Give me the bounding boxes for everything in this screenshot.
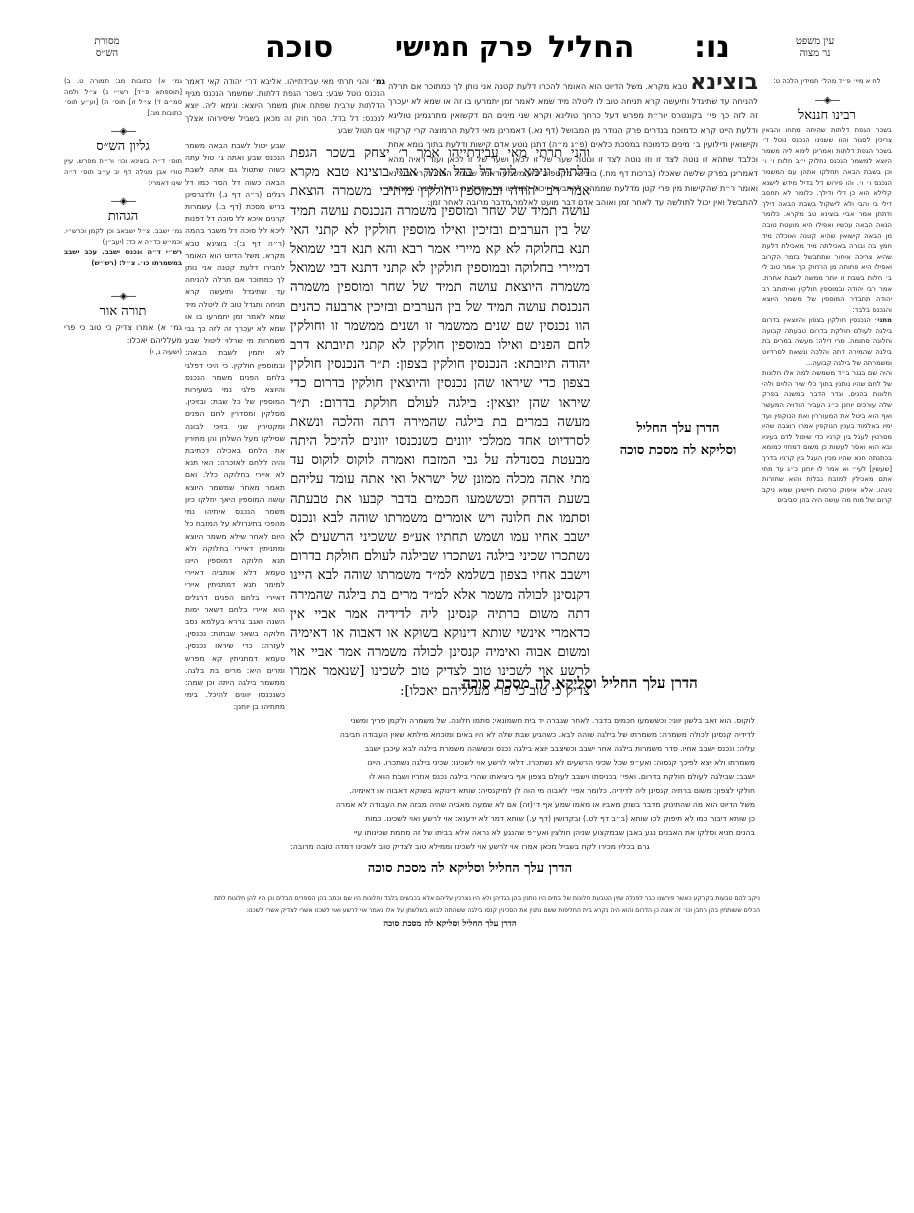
masoret-notes: גמ׳ א) כתובות מג: תמורה ט. ב) [תוספתא פ״… <box>64 76 182 118</box>
hadran-small-line2: וסליקא לה מסכת סוכה <box>598 440 758 462</box>
ner-mitzvah-text: נר מצוה <box>760 48 870 60</box>
ornament-divider: —◈— <box>64 196 182 208</box>
gemara-main-block: והני תרתי מאי עבידתייהו אמר ר׳ יצחק בשכר… <box>290 144 590 701</box>
hagahot-title: הגהות <box>64 208 182 226</box>
masoret-text: מסורת <box>82 36 132 48</box>
gemara-rashi-top-text: והני תרתי מאי עבידתייהו. אליבא דר׳ יהודה… <box>185 77 385 135</box>
bottom-rashi-block: לוקוס. הוא זאב בלשון יווני: וכששמעו חכמי… <box>185 714 755 854</box>
rabbeinu-chananel-text: בשכר הגפת דלתות שהיתה מתחו והבאין צריכין… <box>762 125 892 316</box>
torah-or-title: תורה אור <box>64 303 182 321</box>
bottom-rashi-line: משמרתו ולא יצא לפיכך קנסוה: ואע״פ שכל שכ… <box>185 756 755 770</box>
gemara-label: גמ׳ <box>372 77 385 86</box>
gilyon-text: תוס׳ ד״ה בוצינא וכו׳ ור״ת מפרש. עיין טור… <box>64 156 182 188</box>
rabbeinu-chananel-tail: והיה שם בנגר ב״ד משמשה למה אלו חלונות של… <box>762 368 892 506</box>
ein-mishpat-column: לח א מיי׳ פ״ד מהל׳ תמידין הלכה ט: —◈— רב… <box>762 76 892 506</box>
hadran-small-line1: הדרן עלך החליל <box>598 418 758 440</box>
bottom-rashi-line: ישבב: שבילגה לעולם חולקת בדרום. ואפי׳ בכ… <box>185 770 755 784</box>
hadran-main: הדרן עלך החליל וסליקא לה מסכת סוכה <box>400 672 760 694</box>
bottom-rashi-line: לוקוס. הוא זאב בלשון יווני: וכששמעו חכמי… <box>185 714 755 728</box>
gilyon-title: גליון הש״ס <box>64 138 182 156</box>
gemara-rashi-top-block: גמ׳ והני תרתי מאי עבידתייהו. אליבא דר׳ י… <box>185 76 385 137</box>
bottom-rashi-line: לדידיה קנסינן לכולה משמרה: משמרתו של ביל… <box>185 728 755 742</box>
hagahot-text: גמ׳ ישבב. צ״ל ישבאב וכן לקמן וכרש״י. וכמ… <box>64 226 182 247</box>
ein-mishpat-label: עין משפט נר מצוה <box>760 36 870 60</box>
tosafot-line: ניקב להם טבעות בקרקע כאשר פירשנו כבר לפנ… <box>40 893 760 905</box>
rabbeinu-chananel-title: רבינו חננאל <box>762 107 892 125</box>
gemara-text: והני תרתי מאי עבידתייהו אמר ר׳ יצחק בשכר… <box>290 144 590 701</box>
torah-or-text: גמ׳ א) אמרו צדיק כי טוב כי פרי מעלליהם י… <box>64 321 182 347</box>
footer-hadran: הדרן עלך החליל וסליקא לה מסכת סוכה <box>300 918 600 930</box>
hadran-small: הדרן עלך החליל וסליקא לה מסכת סוכה <box>598 418 758 462</box>
page-number: נו: <box>694 30 730 66</box>
ein-mishpat-note: לח א מיי׳ פ״ד מהל׳ תמידין הלכה ט: <box>762 76 892 87</box>
tractate-name: סוכה <box>265 30 333 66</box>
masoret-label: מסורת הש״ס <box>82 36 132 60</box>
hagahot-text-2: רש״י ד״ה ונכנס ישבב. עכב ישבב במשמרתו כו… <box>64 247 182 268</box>
mishnah-label: מתני׳ <box>874 316 892 324</box>
tosafot-footer: ניקב להם טבעות בקרקע כאשר פירשנו כבר לפנ… <box>40 893 760 917</box>
ornament-divider: —◈— <box>64 291 182 303</box>
bottom-hadran: הדרן עלך החליל וסליקא לה מסכת סוכה <box>185 860 755 878</box>
bottom-rashi-line: בהנים תניא וסלקו את האבנים נגע באבן שבמק… <box>185 826 755 840</box>
bottom-rashi-line: כן שותא דיבור כמו לא תיפוק לכו שותא (ב״ב… <box>185 812 755 826</box>
ornament-divider: —◈— <box>64 126 182 138</box>
ein-mishpat-text: עין משפט <box>760 36 870 48</box>
bottom-rashi-line: גרם בכליו מכירו לקח בשביל מכאן אמרו אוי … <box>185 840 755 854</box>
masoret-column: גמ׳ א) כתובות מג: תמורה ט. ב) [תוספתא פ״… <box>64 76 182 357</box>
ornament-divider: —◈— <box>762 95 892 107</box>
chapter-name: החליל <box>548 30 634 66</box>
tosafot-line: הכלים ששותחין בהן רחבן וכו׳ זה אצה כן הד… <box>40 905 760 917</box>
bottom-rashi-line: חולקי לצפון: משום ברתיה קנסינן ליה לדידי… <box>185 784 755 798</box>
mishnah-text: הנכנסין חולקין בצפון והיוצאין בדרום בילג… <box>762 316 892 366</box>
bottom-rashi-line: משל הדיוט הוא מה שהתינוק מדבר בשוק מאביו… <box>185 798 755 812</box>
torah-or-ref: (ישעיה ג, י) <box>64 347 182 358</box>
rashi-left-column: שבע יטול לשבת הבאה משמר הנכנס שבע ואתה ג… <box>185 140 285 714</box>
hashas-text: הש״ס <box>82 48 132 60</box>
chapter-number: פרק חמישי <box>395 30 533 66</box>
bottom-rashi-line: עליה: ונכנס ישבב אחיו. סדר משמרות בילגה … <box>185 742 755 756</box>
mishnah-lead-word: בוצינא <box>690 70 758 95</box>
rashi-left-text: שבע יטול לשבת הבאה משמר הנכנס שבע ואתה ג… <box>185 140 285 714</box>
